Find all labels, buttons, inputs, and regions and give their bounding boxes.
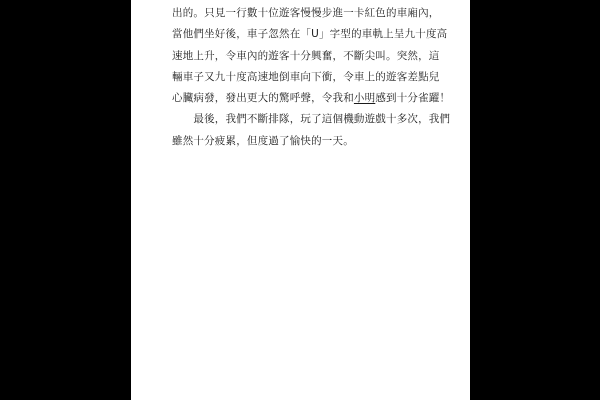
text-segment: 感到十分雀躍！ [375, 92, 450, 104]
text-line: 雖然十分疲累，但度過了愉快的一天。 [172, 131, 432, 152]
underlined-name: 小明 [354, 92, 375, 104]
text-line: 出的。只見一行數十位遊客慢慢步進一卡紅色的車廂內， [172, 3, 432, 24]
text-line: 速地上升，令車內的遊客十分興奮，不斷尖叫。突然，這 [172, 46, 432, 67]
text-line: 心臟病發，發出更大的驚呼聲，令我和小明感到十分雀躍！ [172, 88, 432, 109]
text-line: 輛車子又九十度高速地倒車向下衝，令車上的遊客差點兒 [172, 67, 432, 88]
viewer-background: 出的。只見一行數十位遊客慢慢步進一卡紅色的車廂內， 當他們坐好後，車子忽然在「U… [0, 0, 600, 400]
text-line: 當他們坐好後，車子忽然在「U」字型的車軌上呈九十度高 [172, 24, 432, 45]
text-line: 最後，我們不斷排隊，玩了這個機動遊戲十多次，我們 [172, 109, 432, 130]
document-page: 出的。只見一行數十位遊客慢慢步進一卡紅色的車廂內， 當他們坐好後，車子忽然在「U… [131, 0, 470, 400]
essay-text-block: 出的。只見一行數十位遊客慢慢步進一卡紅色的車廂內， 當他們坐好後，車子忽然在「U… [172, 3, 432, 152]
text-segment: 心臟病發，發出更大的驚呼聲，令我和 [172, 92, 354, 104]
